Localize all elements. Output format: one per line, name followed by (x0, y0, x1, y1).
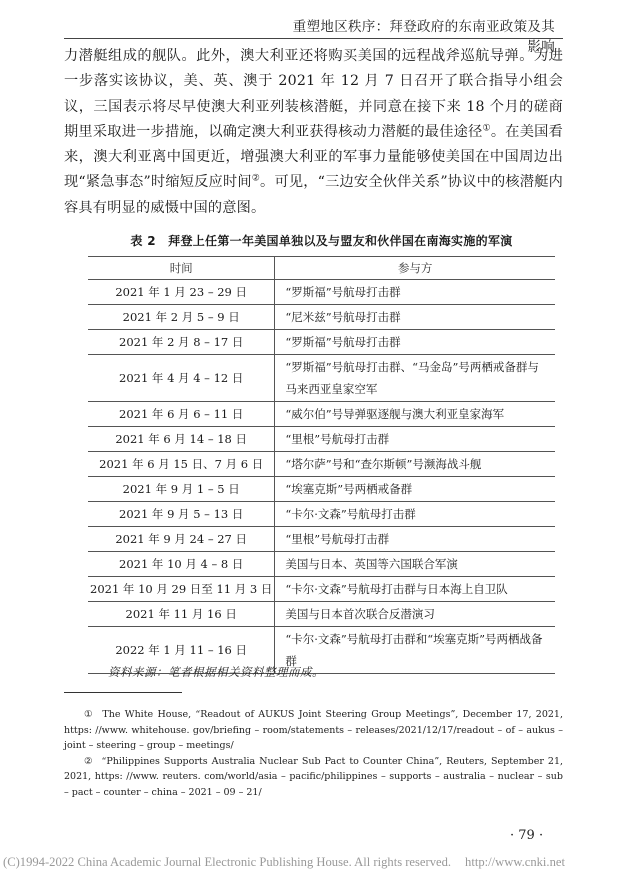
date-cell: 2021 年 6 月 14 – 18 日 (88, 427, 275, 452)
footnote-divider (64, 692, 182, 693)
date-cell: 2021 年 9 月 24 – 27 日 (88, 527, 275, 552)
date-cell: 2021 年 6 月 15 日、7 月 6 日 (88, 452, 275, 477)
footnote-mark: ② (84, 756, 94, 767)
footnotes: ① The White House, “Readout of AUKUS Joi… (64, 707, 563, 800)
copyright-footer: (C)1994-2022 China Academic Journal Elec… (3, 855, 625, 870)
table-row: 2021 年 2 月 5 – 9 日“尼米兹”号航母打击群 (88, 305, 555, 330)
table-row: 2021 年 9 月 24 – 27 日“里根”号航母打击群 (88, 527, 555, 552)
military-exercise-table: 时间 参与方 2021 年 1 月 23 – 29 日“罗斯福”号航母打击群 2… (88, 256, 555, 674)
party-cell: “里根”号航母打击群 (275, 427, 555, 452)
copyright-text: (C)1994-2022 China Academic Journal Elec… (3, 855, 451, 869)
table-row: 2021 年 6 月 14 – 18 日“里根”号航母打击群 (88, 427, 555, 452)
party-cell: “尼米兹”号航母打击群 (275, 305, 555, 330)
footnote-ref-1[interactable]: ① (483, 123, 491, 133)
date-cell: 2021 年 10 月 29 日至 11 月 3 日 (88, 577, 275, 602)
party-cell: “埃塞克斯”号两栖戒备群 (275, 477, 555, 502)
column-header-participants: 参与方 (275, 257, 555, 280)
table-row: 2021 年 10 月 29 日至 11 月 3 日“卡尔·文森”号航母打击群与… (88, 577, 555, 602)
party-cell: “罗斯福”号航母打击群 (275, 280, 555, 305)
footnote-2: ② “Philippines Supports Australia Nuclea… (64, 754, 563, 801)
party-cell: “里根”号航母打击群 (275, 527, 555, 552)
date-cell: 2021 年 4 月 4 – 12 日 (88, 355, 275, 402)
party-cell: “塔尔萨”号和“查尔斯顿”号濒海战斗舰 (275, 452, 555, 477)
date-cell: 2021 年 11 月 16 日 (88, 602, 275, 627)
table-source-note: 资料来源：笔者根据相关资料整理而成。 (108, 664, 324, 680)
table-row: 2021 年 6 月 6 – 11 日“威尔伯”号导弹驱逐舰与澳大利亚皇家海军 (88, 402, 555, 427)
footnote-mark: ① (84, 709, 94, 720)
party-cell: “卡尔·文森”号航母打击群与日本海上自卫队 (275, 577, 555, 602)
date-cell: 2021 年 2 月 8 – 17 日 (88, 330, 275, 355)
date-cell: 2021 年 2 月 5 – 9 日 (88, 305, 275, 330)
header-divider (64, 38, 563, 39)
footnote-text[interactable]: The White House, “Readout of AUKUS Joint… (64, 709, 563, 751)
party-cell: “威尔伯”号导弹驱逐舰与澳大利亚皇家海军 (275, 402, 555, 427)
table-row: 2021 年 9 月 1 – 5 日“埃塞克斯”号两栖戒备群 (88, 477, 555, 502)
table-row: 2021 年 4 月 4 – 12 日“罗斯福”号航母打击群、“马金岛”号两栖戒… (88, 355, 555, 402)
party-cell: “罗斯福”号航母打击群、“马金岛”号两栖戒备群与马来西亚皇家空军 (275, 355, 555, 402)
cnki-link[interactable]: http://www.cnki.net (465, 855, 565, 869)
table-caption: 表 2 拜登上任第一年美国单独以及与盟友和伙伴国在南海实施的军演 (88, 232, 555, 249)
party-cell: “卡尔·文森”号航母打击群 (275, 502, 555, 527)
body-paragraph: 力潜艇组成的舰队。此外，澳大利亚还将购买美国的远程战斧巡航导弹。为进一步落实该协… (64, 44, 563, 221)
table-row: 2021 年 10 月 4 – 8 日美国与日本、英国等六国联合军演 (88, 552, 555, 577)
footnote-text[interactable]: “Philippines Supports Australia Nuclear … (64, 756, 563, 798)
date-cell: 2021 年 9 月 5 – 13 日 (88, 502, 275, 527)
paragraph-text: 力潜艇组成的舰队。此外，澳大利亚还将购买美国的远程战斧巡航导弹。为进一步落实该协… (64, 44, 563, 221)
date-cell: 2021 年 6 月 6 – 11 日 (88, 402, 275, 427)
party-cell: 美国与日本、英国等六国联合军演 (275, 552, 555, 577)
column-header-time: 时间 (88, 257, 275, 280)
table-row: 2021 年 6 月 15 日、7 月 6 日“塔尔萨”号和“查尔斯顿”号濒海战… (88, 452, 555, 477)
footnote-1: ① The White House, “Readout of AUKUS Joi… (64, 707, 563, 754)
table-row: 2021 年 11 月 16 日美国与日本首次联合反潜演习 (88, 602, 555, 627)
page-number: · 79 · (510, 828, 543, 843)
table-row: 2021 年 1 月 23 – 29 日“罗斯福”号航母打击群 (88, 280, 555, 305)
party-cell: 美国与日本首次联合反潜演习 (275, 602, 555, 627)
party-cell: “罗斯福”号航母打击群 (275, 330, 555, 355)
table-row: 2021 年 2 月 8 – 17 日“罗斯福”号航母打击群 (88, 330, 555, 355)
footnote-ref-2[interactable]: ② (252, 174, 260, 184)
date-cell: 2021 年 9 月 1 – 5 日 (88, 477, 275, 502)
date-cell: 2021 年 10 月 4 – 8 日 (88, 552, 275, 577)
table-header-row: 时间 参与方 (88, 257, 555, 280)
table-row: 2021 年 9 月 5 – 13 日“卡尔·文森”号航母打击群 (88, 502, 555, 527)
date-cell: 2021 年 1 月 23 – 29 日 (88, 280, 275, 305)
